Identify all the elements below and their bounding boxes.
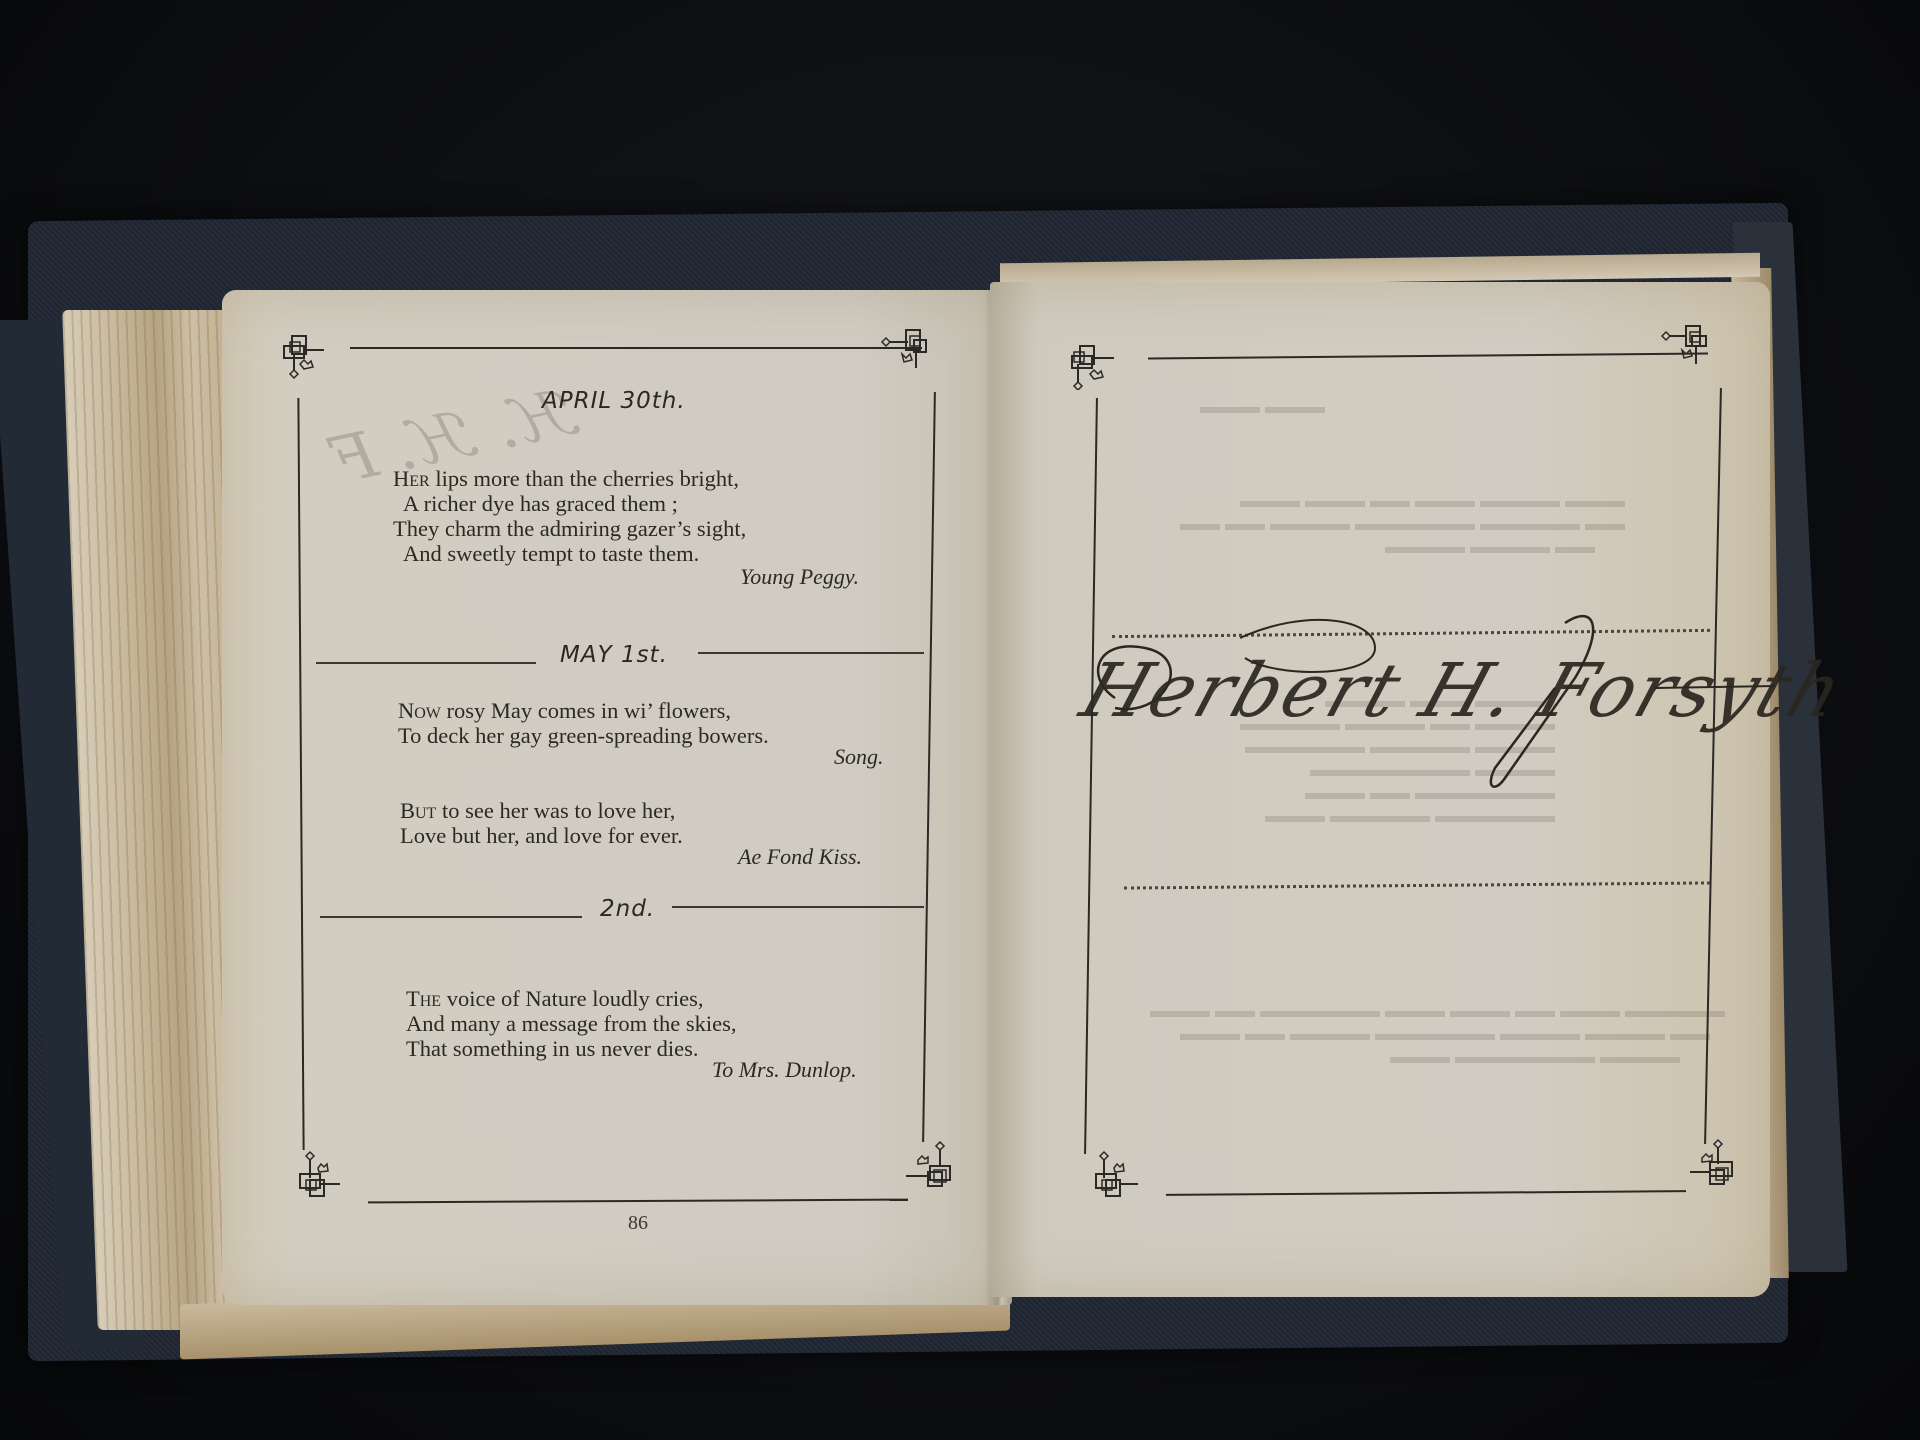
signature-text: Herbert H. Forsyth bbox=[1071, 648, 1854, 734]
verse-attribution: Ae Fond Kiss. bbox=[738, 844, 862, 870]
corner-ornament-icon bbox=[1688, 1138, 1738, 1188]
heading-rule-right bbox=[672, 906, 924, 908]
verse-line: That something in us never dies. bbox=[406, 1036, 698, 1061]
bleed-through-text: ▬▬▬ ▬▬▬▬ ▬▬▬ ▬▬ ▬▬▬ ▬▬▬ ▬▬ ▬▬▬▬▬ ▬▬▬▬▬▬ … bbox=[1180, 490, 1625, 559]
verse-attribution: To Mrs. Dunlop. bbox=[712, 1057, 857, 1083]
verse-block: The voice of Nature loudly cries, And ma… bbox=[406, 986, 737, 1061]
corner-ornament-icon bbox=[1068, 340, 1118, 390]
frame-top-rule bbox=[350, 347, 922, 349]
verse-line: voice of Nature loudly cries, bbox=[441, 986, 703, 1011]
verse-block: But to see her was to love her, Love but… bbox=[400, 798, 683, 848]
verse-line: And sweetly tempt to taste them. bbox=[393, 541, 699, 566]
verse-line: They charm the admiring gazer’s sight, bbox=[393, 516, 746, 541]
corner-ornament-icon bbox=[1092, 1150, 1142, 1200]
page-number: 86 bbox=[628, 1212, 648, 1235]
verse-line: lips more than the cherries bright, bbox=[430, 466, 739, 491]
entry-date-heading: MAY 1st. bbox=[560, 642, 668, 668]
heading-rule-left bbox=[316, 662, 536, 664]
corner-ornament-icon bbox=[1660, 318, 1710, 368]
verse-block: Now rosy May comes in wi’ flowers, To de… bbox=[398, 698, 769, 748]
corner-ornament-icon bbox=[880, 322, 930, 372]
bleed-through-text: ▬▬▬▬▬ ▬▬▬ ▬▬ ▬▬▬ ▬▬▬ ▬▬▬▬▬▬ ▬▬ ▬▬▬ ▬▬ ▬▬… bbox=[1150, 1000, 1725, 1069]
verse-line: A richer dye has graced them ; bbox=[393, 491, 678, 516]
verse-lead-word: The bbox=[406, 986, 441, 1011]
verse-lead-word: Her bbox=[393, 466, 430, 491]
heading-rule-left bbox=[320, 916, 582, 918]
verse-attribution: Song. bbox=[834, 744, 884, 770]
verse-line: Love but her, and love for ever. bbox=[400, 823, 683, 848]
verse-line: to see her was to love her, bbox=[436, 798, 675, 823]
corner-ornament-icon bbox=[904, 1140, 954, 1190]
verse-line: And many a message from the skies, bbox=[406, 1011, 737, 1036]
verse-attribution: Young Peggy. bbox=[740, 564, 859, 590]
photo-background: ℋ. ℋ. F AP bbox=[0, 0, 1920, 1440]
handwritten-signature: Herbert H. Forsyth bbox=[1075, 608, 1775, 798]
verse-lead-word: Now bbox=[398, 698, 441, 723]
verse-lead-word: But bbox=[400, 798, 436, 823]
heading-rule-right bbox=[698, 652, 924, 654]
verse-line: rosy May comes in wi’ flowers, bbox=[441, 698, 731, 723]
entry-date-heading: APRIL 30th. bbox=[542, 388, 686, 414]
entry-date-heading: 2nd. bbox=[600, 896, 655, 922]
verse-block: Her lips more than the cherries bright, … bbox=[393, 466, 746, 566]
bleed-through-text: ▬▬▬ ▬▬▬ bbox=[1200, 396, 1325, 419]
corner-ornament-icon bbox=[280, 330, 330, 380]
corner-ornament-icon bbox=[296, 1150, 346, 1200]
verse-line: To deck her gay green-spreading bowers. bbox=[398, 723, 769, 748]
